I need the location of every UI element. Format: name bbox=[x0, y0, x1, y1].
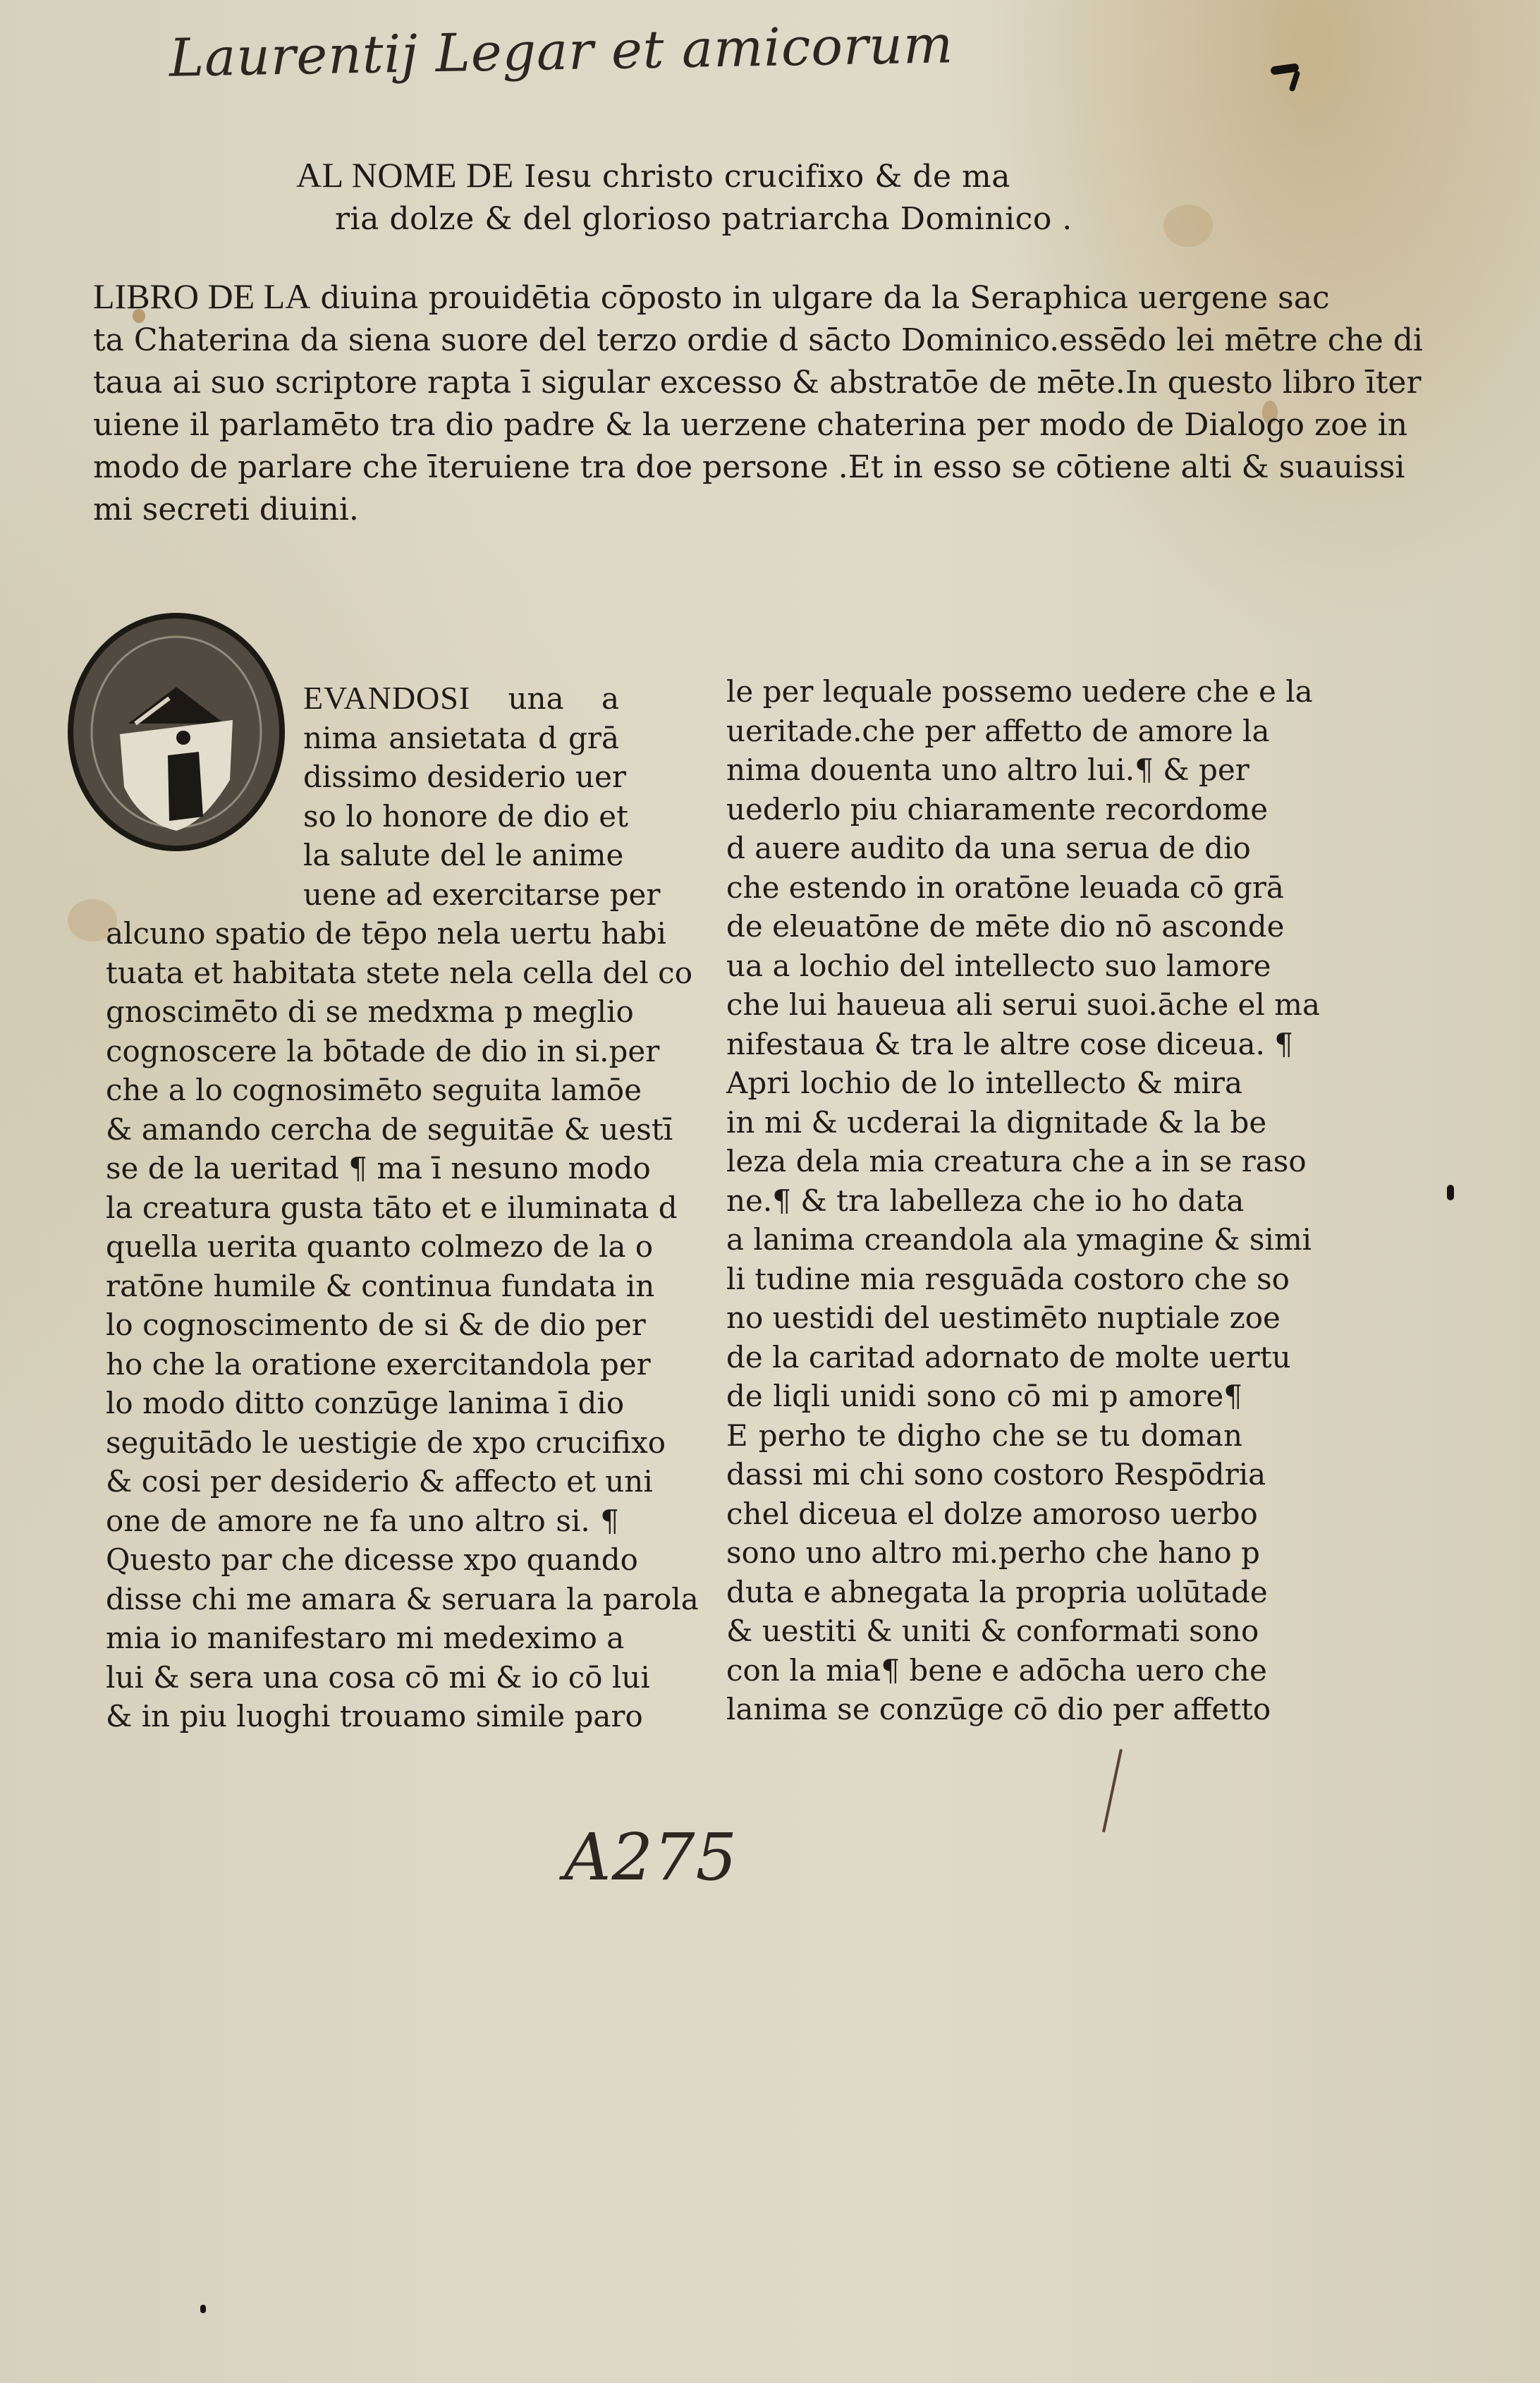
column-line: duta e abnegata la propria uolūtade bbox=[726, 1573, 1242, 1612]
column-line: EVANDOSI una a bbox=[303, 678, 619, 719]
intro-line: modo de parlare che īteruiene tra doe pe… bbox=[93, 446, 1249, 489]
column-line: ua a lochio del intellecto suo lamore bbox=[726, 946, 1242, 986]
column-line: che estendo in oratōne leuada cō grā bbox=[726, 868, 1242, 908]
column-line: nima douenta uno altro lui.¶ & per bbox=[726, 750, 1242, 790]
column-line: ueritade.che per affetto de amore la bbox=[726, 712, 1242, 751]
column-line: lanima se conzūge cō dio per affetto bbox=[726, 1690, 1242, 1729]
heading-line-2: ria dolze & del glorioso patriarcha Domi… bbox=[296, 198, 1072, 240]
column-line: dissimo desiderio uer bbox=[303, 757, 619, 797]
column-line: dassi mi chi sono costoro Respōdria bbox=[726, 1455, 1242, 1494]
column-line: chel diceua el dolze amoroso uerbo bbox=[726, 1494, 1242, 1534]
column-line: de liqli unidi sono cō mi p amore¶ bbox=[726, 1377, 1242, 1416]
column-line: li tudine mia resguāda costoro che so bbox=[726, 1260, 1242, 1299]
column-line: lui & sera una cosa cō mi & io cō lui bbox=[106, 1658, 619, 1698]
column-line: ratōne humile & continua fundata in bbox=[106, 1267, 619, 1306]
column-line: lo modo ditto conzūge lanima ī dio bbox=[106, 1384, 619, 1423]
column-line: & cosi per desiderio & affecto et uni bbox=[106, 1462, 619, 1501]
column-line: E perho te digho che se tu doman bbox=[726, 1416, 1242, 1456]
invocation-heading: AL NOME DE Iesu christo crucifixo & de m… bbox=[296, 154, 1072, 240]
column-line: de eleuatōne de mēte dio nō asconde bbox=[726, 907, 1242, 946]
provenance-note: Laurentij Legar et amicorum bbox=[169, 14, 953, 88]
column-line: la salute del le anime bbox=[303, 836, 619, 875]
column-line: lo cognoscimento de si & de dio per bbox=[106, 1305, 619, 1345]
opening-block: EVANDOSI una a nima ansietata d grā diss… bbox=[106, 678, 619, 914]
column-line: so lo honore de dio et bbox=[303, 797, 619, 836]
column-line: & in piu luoghi trouamo simile paro bbox=[106, 1697, 619, 1736]
heading-line-1: AL NOME DE Iesu christo crucifixo & de m… bbox=[296, 154, 1072, 198]
intro-lead-caps: LIBRO DE LA bbox=[93, 276, 310, 316]
intro-line: taua ai suo scriptore rapta ī sigular ex… bbox=[93, 362, 1249, 404]
column-line: Questo par che dicesse xpo quando bbox=[106, 1540, 619, 1580]
column-line: mia io manifestaro mi medeximo a bbox=[106, 1619, 619, 1658]
column-line: nifestaua & tra le altre cose diceua. ¶ bbox=[726, 1025, 1242, 1064]
column-line: a lanima creandola ala ymagine & simi bbox=[726, 1220, 1242, 1260]
column-line: one de amore ne fa uno altro si. ¶ bbox=[106, 1501, 619, 1541]
intro-line: ta Chaterina da siena suore del terzo or… bbox=[93, 319, 1249, 362]
column-line: nima ansietata d grā bbox=[303, 719, 619, 758]
column-line: quella uerita quanto colmezo de la o bbox=[106, 1227, 619, 1267]
text-column-right: le per lequale possemo uedere che e la u… bbox=[726, 672, 1242, 1729]
column-line: sono uno altro mi.perho che hano p bbox=[726, 1533, 1242, 1573]
column-line: & uestiti & uniti & conformati sono bbox=[726, 1611, 1242, 1651]
column-line: uene ad exercitarse per bbox=[303, 875, 619, 915]
column-line: tuata et habitata stete nela cella del c… bbox=[106, 953, 619, 993]
column-line: d auere audito da una serua de dio bbox=[726, 829, 1242, 868]
heading-caps: AL NOME DE bbox=[296, 155, 514, 195]
column-line: che a lo cognosimēto seguita lamōe bbox=[106, 1071, 619, 1110]
intro-line: LIBRO DE LA diuina prouidētia cōposto in… bbox=[93, 275, 1249, 319]
column-line: Apri lochio de lo intellecto & mira bbox=[726, 1063, 1242, 1103]
column-line: le per lequale possemo uedere che e la bbox=[726, 672, 1242, 712]
column-line: disse chi me amara & seruara la parola bbox=[106, 1580, 619, 1619]
column-line: se de la ueritad ¶ ma ī nesuno modo bbox=[106, 1149, 619, 1188]
intro-paragraph: LIBRO DE LA diuina prouidētia cōposto in… bbox=[93, 275, 1249, 531]
column-line: gnoscimēto di se medxma p meglio bbox=[106, 992, 619, 1032]
column-line: ne.¶ & tra labelleza che io ho data bbox=[726, 1181, 1242, 1221]
column-line: leza dela mia creatura che a in se raso bbox=[726, 1142, 1242, 1181]
column-line: alcuno spatio de tēpo nela uertu habi bbox=[106, 914, 619, 953]
shelfmark-annotation: A275 bbox=[564, 1820, 738, 1895]
column-line: che lui haueua ali serui suoi.āche el ma bbox=[726, 985, 1242, 1025]
text-column-left: EVANDOSI una a nima ansietata d grā diss… bbox=[106, 678, 619, 1736]
opening-caps: EVANDOSI bbox=[303, 680, 470, 716]
column-line: de la caritad adornato de molte uertu bbox=[726, 1338, 1242, 1377]
foxing-stain bbox=[1163, 205, 1213, 247]
column-line: cognoscere la bōtade de dio in si.per bbox=[106, 1032, 619, 1071]
ink-mark bbox=[1289, 70, 1301, 92]
intro-line: uiene il parlamēto tra dio padre & la ue… bbox=[93, 404, 1249, 446]
column-line: con la mia¶ bene e adōcha uero che bbox=[726, 1651, 1242, 1690]
intro-line: mi secreti diuini. bbox=[93, 489, 1249, 531]
column-line: seguitādo le uestigie de xpo crucifixo bbox=[106, 1423, 619, 1463]
column-line: & amando cercha de seguitāe & uestī bbox=[106, 1110, 619, 1150]
ink-dot bbox=[200, 2305, 206, 2313]
ink-dot bbox=[1447, 1185, 1454, 1200]
column-line: ho che la oratione exercitandola per bbox=[106, 1345, 619, 1384]
column-line: no uestidi del uestimēto nuptiale zoe bbox=[726, 1298, 1242, 1338]
column-line: in mi & ucderai la dignitade & la be bbox=[726, 1103, 1242, 1142]
column-line: uederlo piu chiaramente recordome bbox=[726, 790, 1242, 829]
pen-stroke bbox=[1102, 1749, 1123, 1832]
column-line: la creatura gusta tāto et e iluminata d bbox=[106, 1188, 619, 1228]
heading-text: Iesu christo crucifixo & de ma bbox=[524, 159, 1010, 195]
